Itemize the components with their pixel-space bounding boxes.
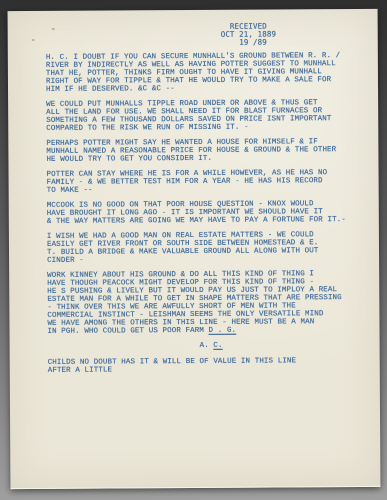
paragraph-text: WE COULD PUT MUNHALLS TIPPLE ROAD UNDER …	[46, 99, 331, 133]
paragraph-text: H. C. I DOUBT IF YOU CAN SECURE MUNHALL'…	[46, 52, 340, 94]
paragraph-text: PERHAPS POTTER MIGHT SAY HE WANTED A HOU…	[46, 138, 336, 164]
paragraph-1: H. C. I DOUBT IF YOU CAN SECURE MUNHALL'…	[46, 52, 362, 94]
paragraph-4: POTTER CAN STAY WHERE HE IS FOR A WHILE …	[47, 169, 363, 195]
signature: A. C.	[48, 341, 364, 351]
postscript: CHILDS NO DOUBT HAS IT & WILL BE OF VALU…	[48, 357, 364, 375]
paper-speck	[32, 39, 35, 41]
received-stamp: RECEIVED OCT 21, 1889 19 /89	[221, 22, 277, 46]
paragraph-text: WORK KINNEY ABOUT HIS GROUND & DO ALL TH…	[47, 270, 342, 336]
signature-initial: C.	[213, 342, 222, 350]
paragraph-text: MCCOOK IS NO GOOD ON THAT POOR HOUSE QUE…	[47, 200, 346, 226]
paragraph-7: WORK KINNEY ABOUT HIS GROUND & DO ALL TH…	[47, 270, 363, 336]
letter-body: H. C. I DOUBT IF YOU CAN SECURE MUNHALL'…	[46, 52, 364, 375]
paper-speck	[52, 28, 55, 30]
letter-paper: RECEIVED OCT 21, 1889 19 /89 H. C. I DOU…	[8, 9, 381, 489]
underlined-initials: D . G.	[209, 327, 237, 335]
paragraph-6: I WISH WE HAD A GOOD MAN ON REAL ESTATE …	[47, 231, 363, 265]
paragraph-text: I WISH WE HAD A GOOD MAN ON REAL ESTATE …	[47, 231, 319, 265]
paragraph-3: PERHAPS POTTER MIGHT SAY HE WANTED A HOU…	[46, 138, 362, 164]
paragraph-text: POTTER CAN STAY WHERE HE IS FOR A WHILE …	[47, 169, 328, 195]
paragraph-5: MCCOOK IS NO GOOD ON THAT POOR HOUSE QUE…	[47, 200, 363, 226]
signature-prefix: A.	[200, 342, 214, 350]
paragraph-2: WE COULD PUT MUNHALLS TIPPLE ROAD UNDER …	[46, 99, 362, 133]
